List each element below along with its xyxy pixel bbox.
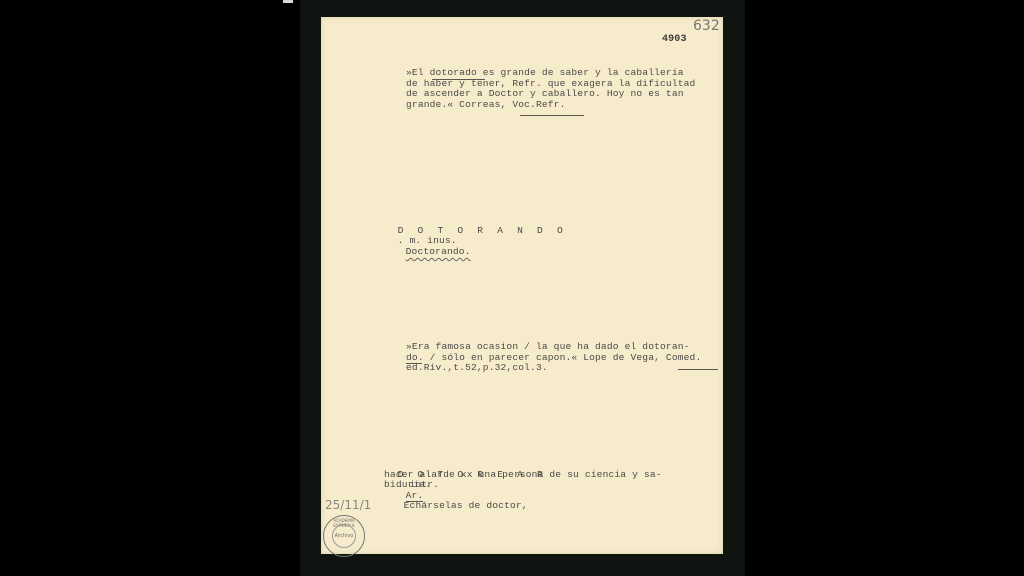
citation-2-line-3: ed.Riv.,t.52,p.32,col.3. (406, 363, 548, 374)
citation-1-line-3: de ascender a Doctor y caballero. Hoy no… (406, 89, 684, 100)
headword-dotorando-row: D O T O R A N D O . m. inus. Doctorando. (374, 215, 567, 268)
headword-dotorando: D O T O R A N D O (398, 225, 567, 236)
card-number: 4903 (662, 35, 687, 46)
handwritten-note: 25/11/1 (325, 498, 371, 512)
dotorear-line-3: biduría. (384, 480, 431, 491)
index-card: 632 4903 »El dotorado es grande de saber… (321, 17, 723, 554)
underline-dotorado (432, 79, 485, 80)
citation-2-line-1: »Era famosa ocasion / la que ha dado el … (406, 342, 690, 353)
viewer-marker (283, 0, 293, 3)
handwritten-page-number: 632 (693, 18, 720, 34)
dotorear-line-1: Echárselas de doctor, (404, 500, 528, 511)
underline-source (520, 115, 584, 116)
underline-comed (678, 369, 718, 370)
definition-dotorando: . m. inus. (398, 235, 457, 246)
citation-1-line-4: grande.« Correas, Voc.Refr. (406, 100, 566, 111)
cross-reference-doctorando: Doctorando. (406, 246, 471, 257)
stamp-center-text: Archivo (332, 524, 356, 548)
archive-stamp: ACADEMIA ESPAÑOLA Archivo (323, 515, 365, 557)
citation-1-line-1: »El dotorado es grande de saber y la cab… (406, 68, 684, 79)
underline-do (406, 363, 422, 364)
